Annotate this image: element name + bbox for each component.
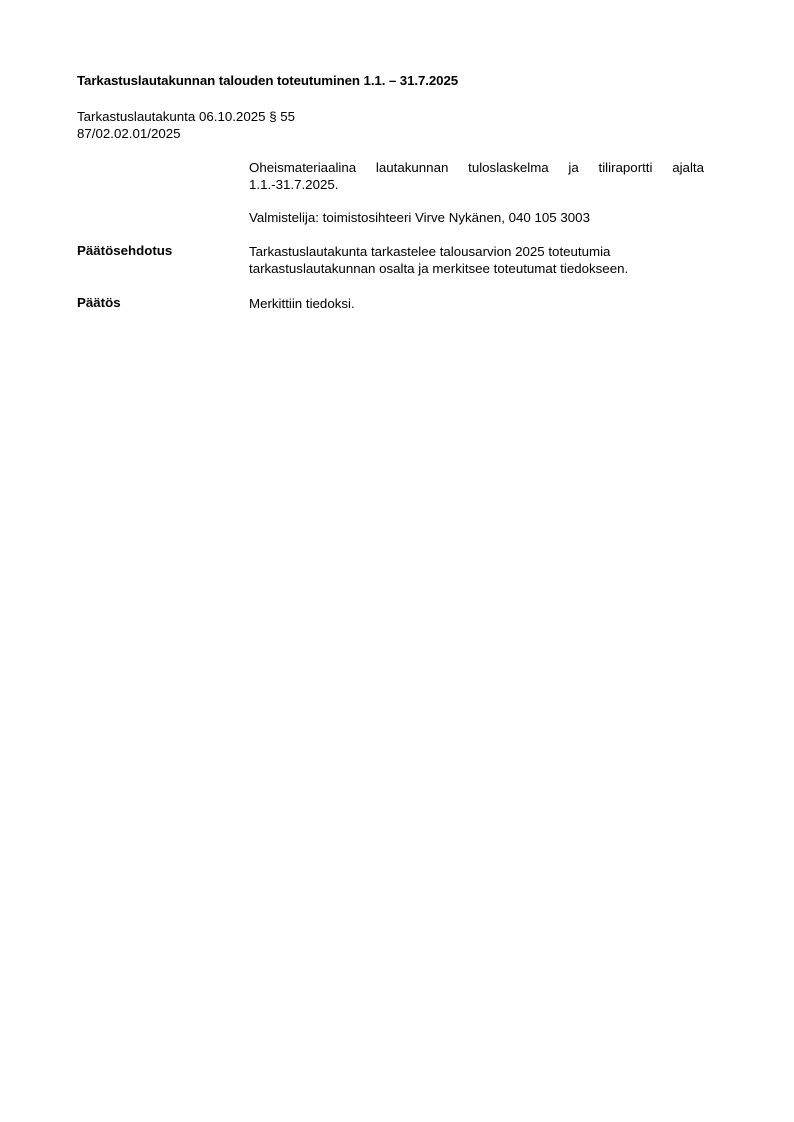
attachment-paragraph: Oheismateriaalina lautakunnan tuloslaske… — [249, 159, 704, 193]
case-number: 87/02.02.01/2025 — [77, 125, 295, 142]
proposal-label: Päätösehdotus — [77, 243, 172, 258]
decision-text: Merkittiin tiedoksi. — [249, 295, 709, 312]
meeting-meta: Tarkastuslautakunta 06.10.2025 § 55 87/0… — [77, 108, 295, 142]
decision-label: Päätös — [77, 295, 121, 310]
preparer-paragraph: Valmistelija: toimistosihteeri Virve Nyk… — [249, 209, 704, 226]
document-title: Tarkastuslautakunnan talouden toteutumin… — [77, 73, 458, 88]
meeting-reference: Tarkastuslautakunta 06.10.2025 § 55 — [77, 108, 295, 125]
proposal-text: Tarkastuslautakunta tarkastelee talousar… — [249, 243, 709, 277]
